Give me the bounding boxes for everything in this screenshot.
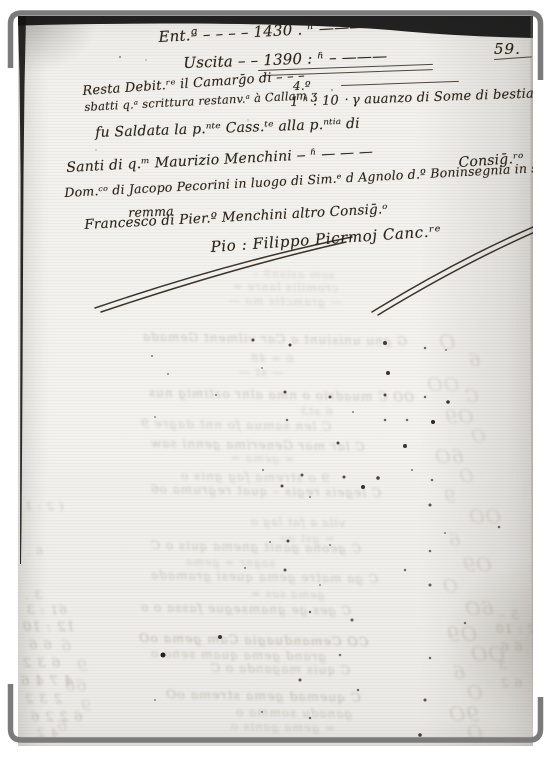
- handwriting-line: 1 ʱ : 10 ‧ γ auanzo di Some di bestia: [290, 86, 533, 110]
- ink-rule: [341, 81, 459, 87]
- handwriting-layer: Ent.ª – – – – 1430 . ʱ ———— –Uscita – – …: [18, 16, 533, 746]
- handwriting-line: 4.º: [293, 79, 311, 93]
- folio-number: 59.: [494, 40, 521, 58]
- scanned-document-page: som asisn9 –cromilis lanre =— gramctis m…: [0, 0, 551, 760]
- manuscript-photo: som asisn9 –cromilis lanre =— gramctis m…: [18, 16, 533, 746]
- handwriting-line: fu Saldata la p.ⁿᵗᵉ Cass.ᵗᵉ alla p.ⁿᵗⁱᵃ …: [95, 116, 360, 141]
- handwriting-line: Pio : Filippo Picrmoj Canc.ʳᵉ: [210, 222, 442, 256]
- handwriting-line: Ent.ª – – – – 1430 . ʱ ———— –: [158, 16, 393, 46]
